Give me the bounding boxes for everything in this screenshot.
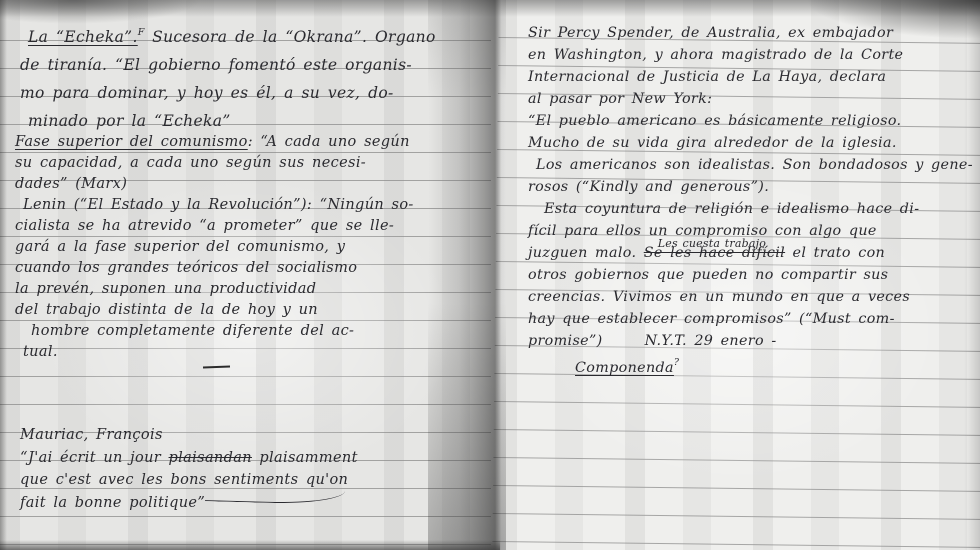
- underlined-text: Fase superior del comunismo: [15, 134, 248, 150]
- hw-line: Esta coyuntura de religión e idealismo h…: [544, 198, 973, 220]
- hw-line: Mucho de su vida gira alrededor de la ig…: [528, 132, 973, 154]
- hw-text: “J'ai écrit un jour: [20, 450, 169, 466]
- hw-line: Internacional de Justicia de La Haya, de…: [528, 66, 973, 88]
- hw-line: gará a la fase superior del comunismo, y: [15, 237, 414, 258]
- entry-spender: Sir Percy Spender, de Australia, ex emba…: [528, 22, 973, 379]
- hw-line: hombre completamente diferente del ac-: [31, 321, 414, 342]
- hw-line: dades” (Marx): [15, 174, 414, 195]
- underlined-text: Componenda: [575, 360, 674, 376]
- hw-text: Sucesora de la “Okrana”. Organo: [144, 28, 435, 46]
- hw-text: juzguen malo.: [528, 245, 644, 261]
- hw-line: “J'ai écrit un jour plaisandan plaisamme…: [20, 447, 358, 470]
- hw-line: Los americanos son idealistas. Son bonda…: [536, 154, 973, 176]
- hw-text: : “A cada uno según: [248, 134, 410, 150]
- hw-line: “El pueblo americano es básicamente reli…: [528, 110, 973, 132]
- hw-line: de tiranía. “El gobierno fomentó este or…: [20, 51, 436, 79]
- hw-line: promise”)N.Y.T. 29 enero -: [528, 330, 973, 352]
- hw-line: en Washington, y ahora magistrado de la …: [528, 44, 973, 66]
- struck-word: plaisandan: [169, 450, 252, 466]
- hw-line: cuando los grandes teóricos del socialis…: [15, 258, 414, 279]
- hw-line: tual.: [23, 342, 414, 363]
- hw-line: rosos (“Kindly and generous”).: [528, 176, 973, 198]
- hw-line: la prevén, suponen una productividad: [15, 279, 414, 300]
- hw-line: mo para dominar, y hoy es él, a su vez, …: [20, 79, 436, 107]
- hw-line: Componenda?: [575, 352, 973, 379]
- correction-group: Se les hace difícilLes cuesta trabajo: [644, 245, 785, 261]
- hw-line: La “Echeka”.F Sucesora de la “Okrana”. O…: [28, 19, 436, 51]
- source-citation: N.Y.T. 29 enero -: [645, 330, 777, 352]
- hw-line: Mauriac, François: [20, 424, 358, 447]
- hw-line: cialista se ha atrevido “a prometer” que…: [15, 216, 414, 237]
- hw-text: promise”): [528, 333, 603, 349]
- notebook-scan: La “Echeka”.F Sucesora de la “Okrana”. O…: [0, 0, 980, 550]
- hw-line: creencias. Vivimos en un mundo en que a …: [528, 286, 973, 308]
- hw-text: el trato con: [785, 245, 885, 261]
- entry-fase: Fase superior del comunismo: “A cada uno…: [15, 132, 414, 363]
- hw-line: minado por la “Echeka”: [28, 107, 436, 135]
- entry-cheka: La “Echeka”.F Sucesora de la “Okrana”. O…: [20, 19, 436, 135]
- hw-line: del trabajo distinta de la de hoy y un: [15, 300, 414, 321]
- hw-line: otros gobiernos que pueden no compartir …: [528, 264, 973, 286]
- hw-line: hay que establecer compromisos” (“Must c…: [528, 308, 973, 330]
- inserted-correction: Les cuesta trabajo: [658, 233, 766, 255]
- hw-line: que c'est avec les bons sentiments qu'on: [20, 469, 358, 492]
- hw-line: Fase superior del comunismo: “A cada uno…: [15, 132, 414, 153]
- hw-line: Sir Percy Spender, de Australia, ex emba…: [528, 22, 973, 44]
- hw-line: su capacidad, a cada uno según sus neces…: [15, 153, 414, 174]
- superscript-question: ?: [674, 357, 679, 368]
- hw-line: al pasar por New York:: [528, 88, 973, 110]
- hw-text: plaisamment: [252, 450, 358, 466]
- underlined-text: La “Echeka”.: [28, 28, 138, 46]
- hw-line: Lenin (“El Estado y la Revolución”): “Ni…: [23, 195, 414, 216]
- hw-line: juzguen malo. Se les hace difícilLes cue…: [528, 242, 973, 264]
